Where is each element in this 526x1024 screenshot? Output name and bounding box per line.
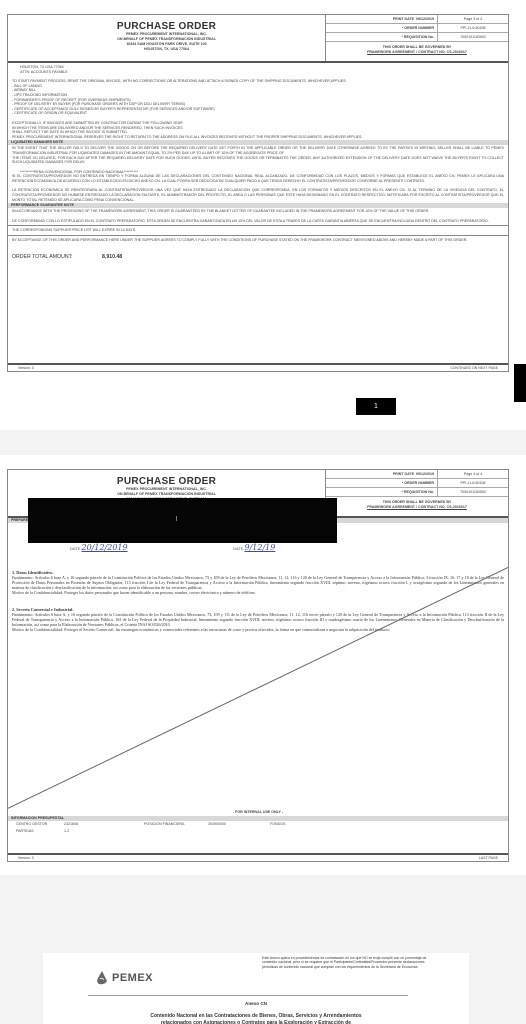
- order-total: ORDER TOTAL AMOUNT: 8,910.48: [12, 255, 504, 260]
- framework-contract: FRAMEWORK AGREEMENT / CONTRACT NO. CS-20…: [326, 505, 508, 510]
- po-title: PURCHASE ORDER: [8, 21, 325, 32]
- requisition-number: 7000101183502: [438, 33, 508, 41]
- page-number: Page 3 of 4: [438, 15, 508, 23]
- document-page-3: PURCHASE ORDER PEMEX PROCUREMENT INTERNA…: [0, 0, 526, 430]
- order-number: PPI-11-6-60158: [438, 24, 508, 32]
- annex-note: Este Anexo aplica en procedimientos de c…: [262, 956, 437, 969]
- signature-date-right: DATE 9/12/19: [233, 543, 275, 552]
- purchase-order-form: PURCHASE ORDER PEMEX PROCUREMENT INTERNA…: [7, 469, 509, 862]
- liquidated-text: IN THE EVENT THAT THE SELLER FAILS TO DE…: [12, 146, 504, 155]
- page-number: Page 4 of 4: [438, 470, 508, 478]
- last-page-note: LAST PAGE: [479, 856, 498, 860]
- annex-page: PEMEX Este Anexo aplica en procedimiento…: [43, 953, 469, 1024]
- requisition-number: 7000101183502: [438, 488, 508, 496]
- redacted-block: [28, 498, 337, 543]
- conf2-motive: Motivo de la Confidencialidad: Proteger …: [12, 627, 504, 632]
- order-number: PPI-11-6-60158: [438, 479, 508, 487]
- purchase-order-form: PURCHASE ORDER PEMEX PROCUREMENT INTERNA…: [7, 14, 509, 372]
- exception-line: PEMEX PROCUREMENT INTERNATIONAL RESERVES…: [12, 135, 504, 140]
- liquidated-damages-title: LIQUIDATED DAMAGES NOTE: [8, 140, 508, 145]
- budget-row: CENTRO GESTOR 2321608 POSICION FINANCIER…: [8, 821, 508, 828]
- version: Version: 3: [18, 856, 34, 860]
- conf1-text: Fundamento: Artículos 6 base A, y 16 seg…: [12, 575, 504, 590]
- liquidated-text: THE ITEMS SO DELAYED, FOR EACH DAY AFTER…: [12, 156, 504, 165]
- version: Version: 3: [18, 366, 34, 370]
- conf2-text: Fundamento: Artículos 6 base A, y 16 seg…: [12, 612, 504, 627]
- performance-guarantee-title: PERFORMANCE GUARANTEE NOTE: [8, 203, 508, 208]
- framework-contract: FRAMEWORK AGREEMENT / CONTRACT NO. CS-20…: [326, 50, 508, 55]
- acceptance-text: BY ACCEPTANCE OF THIS ORDER AND PERFORMA…: [12, 238, 504, 243]
- price-list-note: THE CORRESPONDING SUPPLIER PRICE LIST WI…: [12, 228, 504, 233]
- handwritten-date: 9/12/19: [245, 543, 276, 552]
- pemex-eagle-icon: [95, 971, 109, 985]
- po-header: PURCHASE ORDER PEMEX PROCUREMENT INTERNA…: [8, 15, 508, 63]
- budget-info: INFORMACION PRESUPESTAL CENTRO GESTOR 23…: [8, 816, 508, 835]
- document-page-annex: PEMEX Este Anexo aplica en procedimiento…: [0, 905, 526, 1024]
- requisition-label: * REQUISITION No.: [326, 488, 438, 496]
- pena-text: LA RETENCION ECONOMICA SE REINTEGRARA AL…: [12, 188, 504, 202]
- po-title: PURCHASE ORDER: [8, 476, 325, 487]
- po-footer: Version: 3 LAST PAGE: [8, 853, 508, 861]
- signature-date-left: DATE 20/12/2019: [70, 543, 128, 552]
- print-date-label: PRINT DATE: [393, 17, 414, 21]
- order-total-value: 8,910.48: [102, 255, 122, 260]
- company-line: HOUSTON, TX, USA 77064: [8, 47, 325, 52]
- pemex-wordmark: PEMEX: [112, 972, 153, 984]
- po-body: HOUSTON, TX USA 77064 ATTN: ACCOUNTS PAY…: [8, 63, 508, 261]
- annex-heading: Contenido Nacional en las Contrataciones…: [43, 1013, 469, 1024]
- print-date: 09/12/2019: [416, 472, 434, 476]
- order-number-label: * ORDER NUMBER: [326, 479, 438, 487]
- budget-row: PARTIDAS 1-2: [8, 828, 508, 835]
- requisition-label: * REQUISITION No.: [326, 33, 438, 41]
- document-page-4: PURCHASE ORDER PEMEX PROCUREMENT INTERNA…: [0, 455, 526, 875]
- pena-text: SI EL CONTRATISTA/PROVEEDOR NO ENTREGA E…: [12, 174, 504, 183]
- handwritten-date: 20/12/2019: [82, 543, 128, 552]
- confidentiality-notes: 1. Datos Identificativo. Fundamento: Art…: [12, 570, 504, 632]
- print-date-label: PRINT DATE: [393, 472, 414, 476]
- pemex-logo: PEMEX: [95, 971, 153, 985]
- continued-note: CONTINUED ON NEXT PAGE: [450, 366, 498, 370]
- order-total-label: ORDER TOTAL AMOUNT:: [12, 255, 102, 260]
- order-number-label: * ORDER NUMBER: [326, 24, 438, 32]
- page-indicator[interactable]: 1: [356, 398, 396, 415]
- performance-text: DE CONFORMIDAD CON LO ESTIPULADO EN EL C…: [12, 219, 504, 224]
- print-date: 09/12/2019: [416, 17, 434, 21]
- internal-use-label: - FOR INTERNAL USE ONLY -: [8, 810, 508, 814]
- po-footer: Version: 3 CONTINUED ON NEXT PAGE: [8, 363, 508, 371]
- annex-title: Anexo CN: [43, 1001, 469, 1006]
- side-panel-handle[interactable]: [514, 364, 526, 402]
